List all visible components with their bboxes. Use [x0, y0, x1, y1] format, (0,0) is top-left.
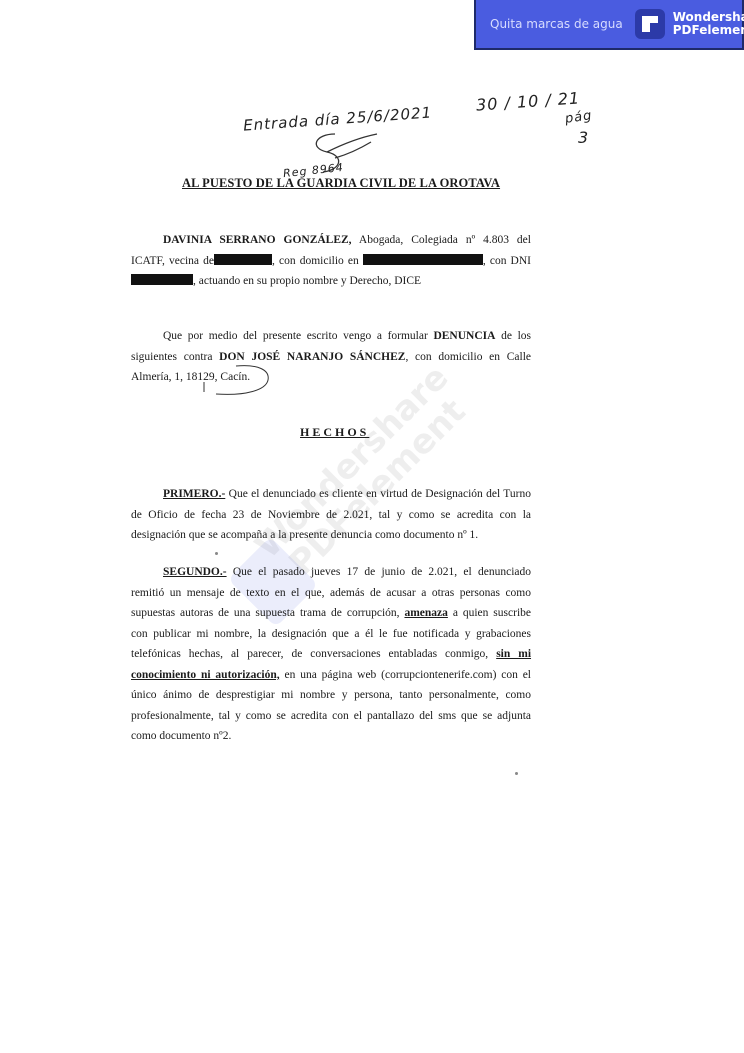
handwritten-date: 30 / 10 / 21	[475, 88, 580, 114]
amenaza-keyword: amenaza	[404, 607, 447, 619]
denuncia-keyword: DENUNCIA	[433, 330, 495, 342]
speck	[515, 772, 518, 775]
denuncia-paragraph: Que por medio del presente escrito vengo…	[131, 326, 531, 388]
brand-name: Wondershare PDFelement	[673, 11, 744, 37]
segundo-paragraph: SEGUNDO.- Que el pasado jueves 17 de jun…	[131, 562, 531, 747]
primero-paragraph: PRIMERO.- Que el denunciado es cliente e…	[131, 484, 531, 546]
intro-paragraph: DAVINIA SERRANO GONZÁLEZ, Abogada, Coleg…	[131, 230, 531, 292]
redaction-city	[214, 254, 272, 265]
handwritten-circle-icon	[196, 362, 272, 398]
redaction-address	[363, 254, 483, 265]
remove-watermark-banner[interactable]: Quita marcas de agua Wondershare PDFelem…	[474, 0, 744, 50]
pdfelement-logo-icon	[635, 9, 665, 39]
conocimiento-keyword: conocimiento ni autorización,	[131, 669, 280, 681]
redaction-dni	[131, 274, 193, 285]
hechos-heading: HECHOS	[300, 425, 369, 440]
complainant-name: DAVINIA SERRANO GONZÁLEZ,	[163, 234, 352, 246]
remove-watermark-label[interactable]: Quita marcas de agua	[490, 17, 623, 31]
addressee-heading: AL PUESTO DE LA GUARDIA CIVIL DE LA OROT…	[182, 176, 500, 191]
speck	[215, 552, 218, 555]
handwritten-pages-count: 3	[578, 128, 589, 147]
segundo-label: SEGUNDO.-	[163, 566, 227, 578]
document-page: Quita marcas de agua Wondershare PDFelem…	[0, 0, 744, 1053]
handwritten-pages-label: pág	[564, 108, 593, 127]
primero-label: PRIMERO.-	[163, 488, 225, 500]
sin-mi-keyword: sin mi	[496, 648, 531, 660]
accused-name: DON JOSÉ NARANJO SÁNCHEZ	[219, 351, 405, 363]
